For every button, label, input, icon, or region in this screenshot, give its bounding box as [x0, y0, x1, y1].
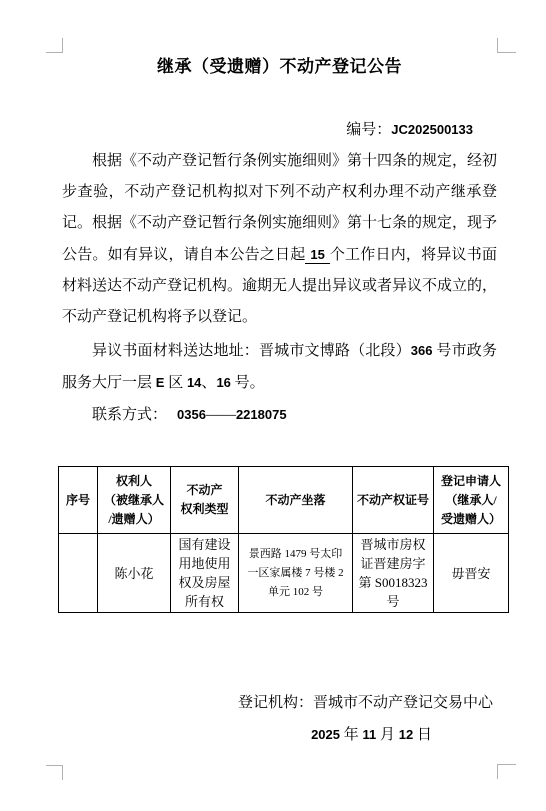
notice-paragraph: 根据《不动产登记暂行条例实施细则》第十四条的规定，经初步查验，不动产登记机构拟对… — [62, 146, 497, 333]
address-number-366: 366 — [411, 343, 433, 358]
cell-right-type: 国有建设 用地使用 权及房屋 所有权 — [171, 534, 239, 613]
document-page: 继承（受遗赠）不动产登记公告 编号：JC202500133 根据《不动产登记暂行… — [0, 0, 546, 811]
address-number-16: 16 — [216, 375, 230, 390]
col-header-serial: 序号 — [59, 467, 98, 534]
document-title: 继承（受遗赠）不动产登记公告 — [62, 0, 497, 81]
announcement-date-line: 2025 年 11 月 12 日 — [62, 719, 497, 751]
address-number-14: 14 — [187, 375, 201, 390]
announcement-table: 序号 权利人 （被继承人 /遗赠人） 不动产 权利类型 不动产坐落 不动产权证号… — [58, 466, 509, 613]
address-text-3: 区 — [164, 375, 187, 391]
working-days-value: 15 — [310, 247, 324, 262]
address-separator: 、 — [201, 375, 216, 391]
registry-org-line: 登记机构：晋城市不动产登记交易中心 — [62, 688, 497, 719]
phone-number: 2218075 — [236, 407, 287, 422]
doc-number-line: 编号：JC202500133 — [62, 114, 497, 146]
doc-number-value: JC202500133 — [391, 122, 473, 137]
cell-serial — [59, 534, 98, 613]
cell-right-holder: 陈小花 — [98, 534, 171, 613]
working-days-blank: 15 — [305, 247, 329, 264]
phone-area-code: 0356 — [177, 407, 206, 422]
col-header-applicant: 登记申请人 （继承人/ 受遗赠人） — [434, 467, 509, 534]
contact-line: 联系方式：0356——2218075 — [62, 399, 497, 431]
cell-location: 景西路 1479 号太印 一区家属楼 7 号楼 2 单元 102 号 — [239, 534, 353, 613]
registry-org-label: 登记机构： — [238, 695, 313, 711]
date-year-unit: 年 — [340, 727, 363, 743]
cell-certificate-no: 晋城市房权 证晋建房字 第 S0018323 号 — [353, 534, 434, 613]
table-data-row: 陈小花 国有建设 用地使用 权及房屋 所有权 景西路 1479 号太印 一区家属… — [59, 534, 509, 613]
date-day-unit: 日 — [413, 727, 432, 743]
address-paragraph: 异议书面材料送达地址：晋城市文博路（北段）366 号市政务服务大厅一层 E 区 … — [62, 335, 497, 399]
date-month-unit: 月 — [376, 727, 399, 743]
col-header-right-type: 不动产 权利类型 — [171, 467, 239, 534]
doc-number-label: 编号： — [346, 122, 391, 138]
contact-phone: 0356——2218075 — [177, 407, 287, 423]
date-year: 2025 — [311, 727, 340, 742]
cell-applicant: 毋晋安 — [434, 534, 509, 613]
phone-dash: —— — [206, 407, 236, 423]
address-text-1: 异议书面材料送达地址：晋城市文博路（北段） — [92, 343, 411, 359]
col-header-location: 不动产坐落 — [239, 467, 353, 534]
contact-label: 联系方式： — [92, 407, 167, 423]
col-header-certificate-no: 不动产权证号 — [353, 467, 434, 534]
address-text-5: 号。 — [231, 375, 265, 391]
registry-org-name: 晋城市不动产登记交易中心 — [313, 695, 493, 711]
table-header-row: 序号 权利人 （被继承人 /遗赠人） 不动产 权利类型 不动产坐落 不动产权证号… — [59, 467, 509, 534]
date-day: 12 — [399, 727, 413, 742]
document-content: 继承（受遗赠）不动产登记公告 编号：JC202500133 根据《不动产登记暂行… — [0, 0, 546, 811]
date-month: 11 — [363, 727, 377, 742]
col-header-right-holder: 权利人 （被继承人 /遗赠人） — [98, 467, 171, 534]
